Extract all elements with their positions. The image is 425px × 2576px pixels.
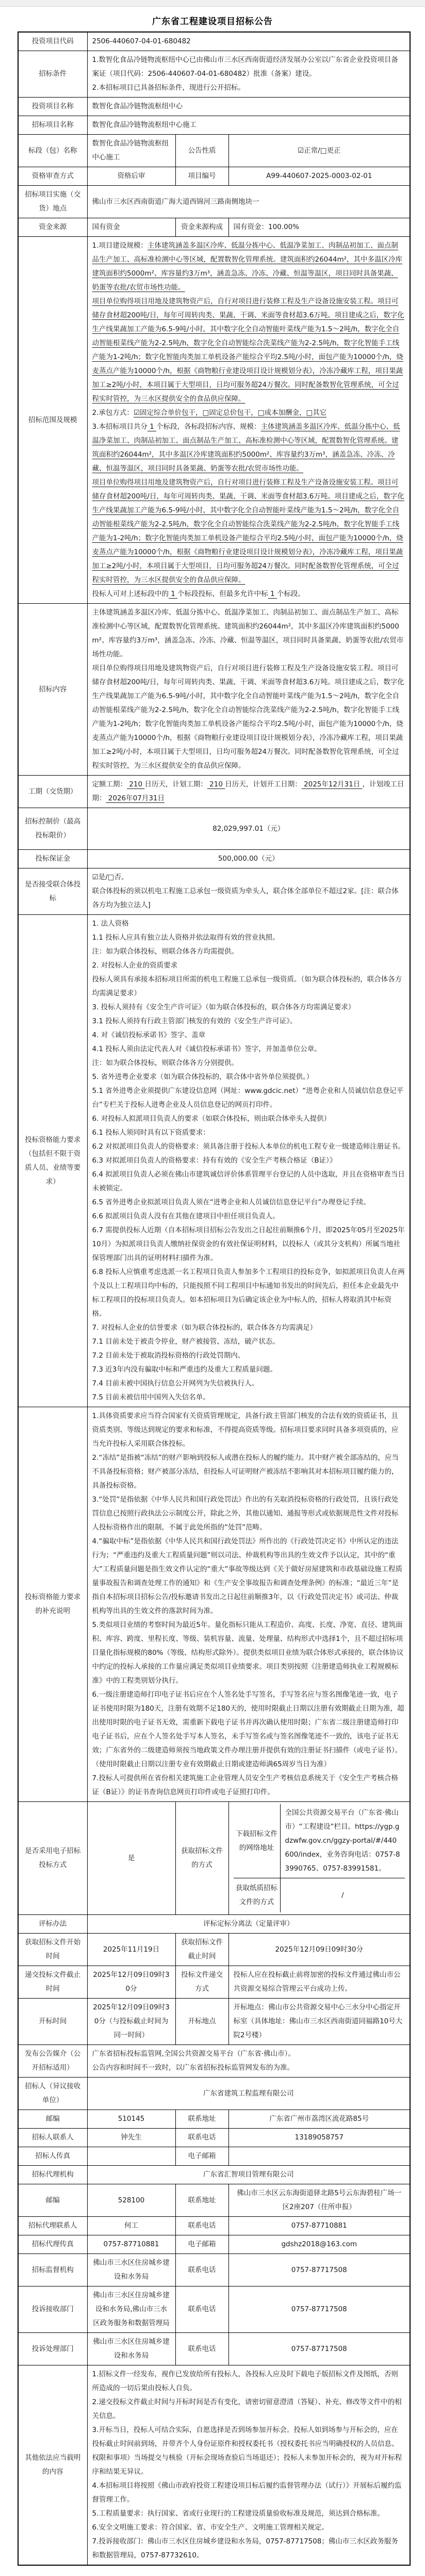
label-agency-zip: 邮编: [18, 2184, 87, 2217]
row-consortium: 是否接受联合体投标 ☑是/□否。 联合体投标的须以机电工程施工总承包一级资质为牵…: [18, 868, 410, 915]
label-supervision-phone: 联系电话: [175, 2254, 228, 2287]
row-submission-deadline: 递交投标文件截止时间 2025年12月09日09时30分 投标文件递交方式 投标…: [18, 1966, 410, 1999]
label-control-price: 招标控制价（最高投标限价）: [18, 808, 87, 850]
label-submission-method: 投标文件递交方式: [175, 1966, 228, 1999]
label-complaint-handling: 投诉处理部门: [18, 2333, 87, 2365]
value-duration: 定额工期： 210 日历天，计划工期： 210 日历天，计划开工日期： 2025…: [87, 776, 410, 808]
label-duration: 工期（交货期）: [18, 776, 87, 808]
label-tenderer-contact: 招标人联系人: [18, 2129, 87, 2147]
label-document-obtain-start: 获取招标文件开始时间: [18, 1934, 87, 1966]
label-complaint-receiving: 投诉接收部门: [18, 2287, 87, 2333]
row-electronic-bidding: 是否采用电子招标投标方式 是 获取招标文件的方式 下载招标文件的网络地址 全国公…: [18, 1802, 410, 1915]
value-qualification-supplement: 1.具体资质要求应当符合国家有关资质管理规定，具备行政主管部门核发的合法有效的资…: [87, 1407, 410, 1802]
scope-item-1b: 项目单位购得项目用地及建筑物资产后，自行对项目进行装修工程及生产设备设施安装工程…: [92, 295, 405, 406]
row-qualification-supplement: 投标资格能力要求的补充说明 1.具体资质要求应当符合国家有关资质管理规定，具备行…: [18, 1407, 410, 1802]
label-tender-project-name: 招标项目名称: [18, 116, 87, 135]
label-agency-email: 电子邮箱: [175, 2235, 228, 2254]
row-complaint-handling: 投诉处理部门 佛山市三水区住房城乡建设和水务局 联系电话 0757-877175…: [18, 2333, 410, 2365]
value-supervision-phone: 0757-87717508: [228, 2254, 410, 2287]
value-bid-bond: 500,000.00（元）: [87, 850, 410, 868]
scope-item-1: 1.项目建设规模：主体建筑涵盖多温区冷库、低温分拣中心、低温净菜加工、肉制品初加…: [92, 239, 405, 295]
label-tenderer-address: 联系地址: [175, 2110, 228, 2129]
value-other-required-content: 1.招标文件一经发布，视作已发放给所有投标人，各投标人应及时下载电子版招标文件及…: [87, 2365, 410, 2566]
label-section-name: 标段（包）名称: [18, 135, 87, 167]
value-tenderer-fax: [87, 2147, 175, 2166]
label-tenderer-phone: 联系电话: [175, 2129, 228, 2147]
row-tender-project-name: 招标项目名称 数智化食品冷链物流枢纽中心施工: [18, 116, 410, 135]
scope-item-2: 2.承包方式：☑固定综合单价包干，□固定总价包干，□成本加酬金，□其它: [92, 406, 405, 420]
row-tender-content: 招标内容 主体建筑涵盖多温区冷库、低温分拣中心、低温净菜加工、肉制品初加工、面点…: [18, 604, 410, 776]
value-paper-documents: /: [280, 1878, 405, 1912]
row-other-required-content: 其他依法应当载明的内容 1.招标文件一经发布，视作已发放给所有投标人，各投标人应…: [18, 2365, 410, 2566]
row-qualification-method: 资格审查方式 资格后审 项目编号 A99-440607-2025-0003-02…: [18, 167, 410, 186]
label-qualification-requirements: 投标资格能力要求（包括但不限于资质人员、业绩等要求）: [18, 915, 87, 1407]
row-tenderer-fax: 招标人传真 电子邮箱: [18, 2147, 410, 2166]
value-tenderer-contact: 钟先生: [87, 2129, 175, 2147]
tender-announcement-table: 投资项目代码 2506-440607-04-01-680482 招标条件 1.数…: [18, 31, 411, 2566]
value-evaluation-method: 评标定标分离法（定量评审）: [87, 1915, 410, 1934]
row-bid-bond: 投标保证金 500,000.00（元）: [18, 850, 410, 868]
value-tenderer-zip: 510145: [87, 2110, 175, 2129]
row-delivery-location: 招标项目实施（交货）地点 佛山市三水区西南街道广海大道西锦河三路南侧地块一: [18, 186, 410, 218]
value-supervision-agency: 佛山市三水区住房城乡建设和水务局: [87, 2254, 175, 2287]
value-bid-opening-time: 2025年12月09日09时30分（与投标截止时间为同一时间）: [87, 1999, 175, 2045]
tender-content-paragraph-1: 主体建筑涵盖多温区冷库、低温分拣中心、低温净菜加工、肉制品初加工、面点制品生产加…: [92, 606, 405, 662]
label-qualification-supplement: 投标资格能力要求的补充说明: [18, 1407, 87, 1802]
label-complaint-handling-phone: 联系电话: [175, 2333, 228, 2365]
label-delivery-location: 招标项目实施（交货）地点: [18, 186, 87, 218]
label-bid-bond: 投标保证金: [18, 850, 87, 868]
row-agency-zip: 邮编 528100 联系地址 佛山市三水区云东海街道驿北路5号云东海碧桂广场一区…: [18, 2184, 410, 2217]
label-qualification-method: 资格审查方式: [18, 167, 87, 186]
value-announcement-media: 广东省招标投标监管网,全国公共资源交易平台（广东省·佛山市）。 公告内容和时间不…: [87, 2045, 410, 2078]
value-document-obtain-start: 2025年11月19日: [87, 1934, 175, 1966]
value-project-number: A99-440607-2025-0003-02-01: [228, 167, 410, 186]
row-section-name: 标段（包）名称 数智化食品冷链物流枢纽中心施工 公告性质 ☑正常/□更正: [18, 135, 410, 167]
value-tender-content: 主体建筑涵盖多温区冷库、低温分拣中心、低温净菜加工、肉制品初加工、面点制品生产加…: [87, 604, 410, 776]
label-agency-contact: 招标代理联系人: [18, 2217, 87, 2235]
label-agency-address: 联系地址: [175, 2184, 228, 2217]
row-investment-name: 投资项目名称 数智化食品冷链物流枢纽中心: [18, 98, 410, 116]
label-funding-source: 资金来源: [18, 218, 87, 237]
value-submission-deadline: 2025年12月09日09时30分: [87, 1966, 175, 1999]
page-top-strip: [0, 0, 425, 7]
label-tenderer: 招标人（异议接收单位）: [18, 2078, 87, 2110]
label-agency-phone: 联系电话: [175, 2217, 228, 2235]
label-notice-nature: 公告性质: [175, 135, 228, 167]
value-tenderer-email: [228, 2147, 410, 2166]
value-funding-source: 国有资金: [87, 218, 175, 237]
label-electronic-bidding: 是否采用电子招标投标方式: [18, 1802, 87, 1915]
value-agency-zip: 528100: [87, 2184, 175, 2217]
row-investment-code: 投资项目代码 2506-440607-04-01-680482: [18, 32, 410, 51]
value-investment-code: 2506-440607-04-01-680482: [87, 32, 410, 51]
row-tenderer-zip: 邮编 510145 联系地址 广东省广州市荔湾区流花路85号: [18, 2110, 410, 2129]
value-section-name: 数智化食品冷链物流枢纽中心施工: [87, 135, 175, 167]
label-announcement-media: 发布公告媒介（公开招标适用）: [18, 2045, 87, 2078]
row-complaint-receiving: 投诉接收部门 佛山市三水区住房城乡建设和水务局,佛山市三水区政务服务和数据管理局…: [18, 2287, 410, 2333]
label-investment-name: 投资项目名称: [18, 98, 87, 116]
row-bid-opening: 开标时间 2025年12月09日09时30分（与投标截止时间为同一时间） 开标地…: [18, 1999, 410, 2045]
tender-content-paragraph-2: 项目单位购得项目用地及建筑物资产后，自行对项目进行装修工程及生产设备设施安装工程…: [92, 662, 405, 773]
value-tenderer: 广东省建筑工程监理有限公司: [87, 2078, 410, 2110]
value-electronic-bidding: 是: [87, 1802, 175, 1915]
row-agency-contact: 招标代理联系人 何工 联系电话 0757-87710881: [18, 2217, 410, 2235]
scope-item-4: 投标人可对上述标段中的 1 个标段投标，但最多允许中标 1 个标段。: [92, 587, 405, 601]
scope-item-3b: 项目单位购得项目用地及建筑物资产后，自行对项目进行装修工程及生产设备设施安装工程…: [92, 476, 405, 587]
value-complaint-handling-phone: 0757-87717508: [228, 2333, 410, 2365]
value-download-url: 全国公共资源交易平台（广东省·佛山市）“工程建设”栏目。https://ygp.…: [280, 1804, 405, 1878]
row-tender-conditions: 招标条件 1.数智化食品冷链物流枢纽中心已由佛山市三水区西南街道经济发展办公室以…: [18, 51, 410, 98]
row-tenderer-contact: 招标人联系人 钟先生 联系电话 13189058757: [18, 2129, 410, 2147]
row-scope-and-scale: 招标范围及规模 1.项目建设规模：主体建筑涵盖多温区冷库、低温分拣中心、低温净菜…: [18, 237, 410, 604]
value-agency-fax: 0757-87710881: [87, 2235, 175, 2254]
row-agency: 招标代理机构 广东省汇智项目管理有限公司: [18, 2166, 410, 2184]
cell-obtain-documents-detail: 下载招标文件的网络地址 全国公共资源交易平台（广东省·佛山市）“工程建设”栏目。…: [228, 1802, 410, 1915]
value-investment-name: 数智化食品冷链物流枢纽中心: [87, 98, 410, 116]
value-tender-conditions: 1.数智化食品冷链物流枢纽中心已由佛山市三水区西南街道经济发展办公室以广东省企业…: [87, 51, 410, 98]
label-investment-code: 投资项目代码: [18, 32, 87, 51]
label-document-obtain-end: 获取招标文件截止时间: [175, 1934, 228, 1966]
label-other-required-content: 其他依法应当载明的内容: [18, 2365, 87, 2566]
value-notice-nature-checkboxes: ☑正常/□更正: [228, 135, 410, 167]
label-tenderer-zip: 邮编: [18, 2110, 87, 2129]
value-complaint-handling: 佛山市三水区住房城乡建设和水务局: [87, 2333, 175, 2365]
value-qualification-method: 资格后审: [87, 167, 175, 186]
label-bid-opening-place: 开标地点: [175, 1999, 228, 2045]
label-agency: 招标代理机构: [18, 2166, 87, 2184]
label-download-url: 下载招标文件的网络地址: [234, 1804, 280, 1878]
label-tender-content: 招标内容: [18, 604, 87, 776]
value-agency: 广东省汇智项目管理有限公司: [87, 2166, 410, 2184]
row-document-obtain-time: 获取招标文件开始时间 2025年11月19日 获取招标文件截止时间 2025年1…: [18, 1934, 410, 1966]
page-title: 广东省工程建设项目招标公告: [0, 14, 425, 27]
value-complaint-receiving-phone: 0757-87717508: [228, 2287, 410, 2333]
row-agency-fax: 招标代理传真 0757-87710881 电子邮箱 gdshz2018@163.…: [18, 2235, 410, 2254]
value-complaint-receiving: 佛山市三水区住房城乡建设和水务局,佛山市三水区政务服务和数据管理局: [87, 2287, 175, 2333]
label-bid-opening-time: 开标时间: [18, 1999, 87, 2045]
label-submission-deadline: 递交投标文件截止时间: [18, 1966, 87, 1999]
value-bid-opening-place: 开标地点：佛山市公共资源交易中心三水分中心指定开标室（具体地址：佛山市三水区西南…: [228, 1999, 410, 2045]
row-qualification-requirements: 投标资格能力要求（包括但不限于资质人员、业绩等要求） 1. 法人资格 1.1 投…: [18, 915, 410, 1407]
label-consortium: 是否接受联合体投标: [18, 868, 87, 915]
value-agency-contact: 何工: [87, 2217, 175, 2235]
row-evaluation-method: 评标办法 评标定标分离法（定量评审）: [18, 1915, 410, 1934]
label-paper-documents: 获取纸质招标文件的方式: [234, 1878, 280, 1912]
value-tender-project-name: 数智化食品冷链物流枢纽中心施工: [87, 116, 410, 135]
value-funding-composition: 国有资金：100.00%: [228, 218, 410, 237]
label-evaluation-method: 评标办法: [18, 1915, 87, 1934]
label-agency-fax: 招标代理传真: [18, 2235, 87, 2254]
value-agency-phone: 0757-87710881: [228, 2217, 410, 2235]
value-tenderer-phone: 13189058757: [228, 2129, 410, 2147]
label-tenderer-fax: 招标人传真: [18, 2147, 87, 2166]
label-tenderer-email: 电子邮箱: [175, 2147, 228, 2166]
value-tenderer-address: 广东省广州市荔湾区流花路85号: [228, 2110, 410, 2129]
value-scope-and-scale: 1.项目建设规模：主体建筑涵盖多温区冷库、低温分拣中心、低温净菜加工、肉制品初加…: [87, 237, 410, 604]
label-obtain-documents-method: 获取招标文件的方式: [175, 1802, 228, 1915]
value-consortium: ☑是/□否。 联合体投标的须以机电工程施工总承包一级资质为牵头人，联合体全部单位…: [87, 868, 410, 915]
label-supervision-agency: 招标监督机构: [18, 2254, 87, 2287]
value-document-obtain-end: 2025年12月09日09时30分: [228, 1934, 410, 1966]
row-supervision-agency: 招标监督机构 佛山市三水区住房城乡建设和水务局 联系电话 0757-877175…: [18, 2254, 410, 2287]
value-submission-method: 投标人应在投标截止前将加密的投标文件通过佛山市公共资源交易综合管理云平台成功上传…: [228, 1966, 410, 1999]
label-complaint-receiving-phone: 联系电话: [175, 2287, 228, 2333]
row-control-price: 招标控制价（最高投标限价） 82,029,997.01（元）: [18, 808, 410, 850]
row-announcement-media: 发布公告媒介（公开招标适用） 广东省招标投标监管网,全国公共资源交易平台（广东省…: [18, 2045, 410, 2078]
label-project-number: 项目编号: [175, 167, 228, 186]
label-funding-composition: 资金来源构成: [175, 218, 228, 237]
row-funding-source: 资金来源 国有资金 资金来源构成 国有资金：100.00%: [18, 218, 410, 237]
row-duration: 工期（交货期） 定额工期： 210 日历天，计划工期： 210 日历天，计划开工…: [18, 776, 410, 808]
label-tender-conditions: 招标条件: [18, 51, 87, 98]
value-control-price: 82,029,997.01（元）: [87, 808, 410, 850]
row-tenderer: 招标人（异议接收单位） 广东省建筑工程监理有限公司: [18, 2078, 410, 2110]
scope-item-3: 3.本招标项目共分 1 个标段，各标段招标内容、规模：主体建筑涵盖多温区冷库、低…: [92, 420, 405, 476]
value-delivery-location: 佛山市三水区西南街道广海大道西锦河三路南侧地块一: [87, 186, 410, 218]
value-qualification-requirements: 1. 法人资格 1.1 投标人应具有独立法人资格并依法取得有效的营业执照。 注：…: [87, 915, 410, 1407]
obtain-documents-subtable: 下载招标文件的网络地址 全国公共资源交易平台（广东省·佛山市）“工程建设”栏目。…: [234, 1804, 405, 1912]
value-agency-address: 佛山市三水区云东海街道驿北路5号云东海碧桂广场一区2座207（住所申报）: [228, 2184, 410, 2217]
value-agency-email: gdshz2018@163.com: [228, 2235, 410, 2254]
label-scope-and-scale: 招标范围及规模: [18, 237, 87, 604]
